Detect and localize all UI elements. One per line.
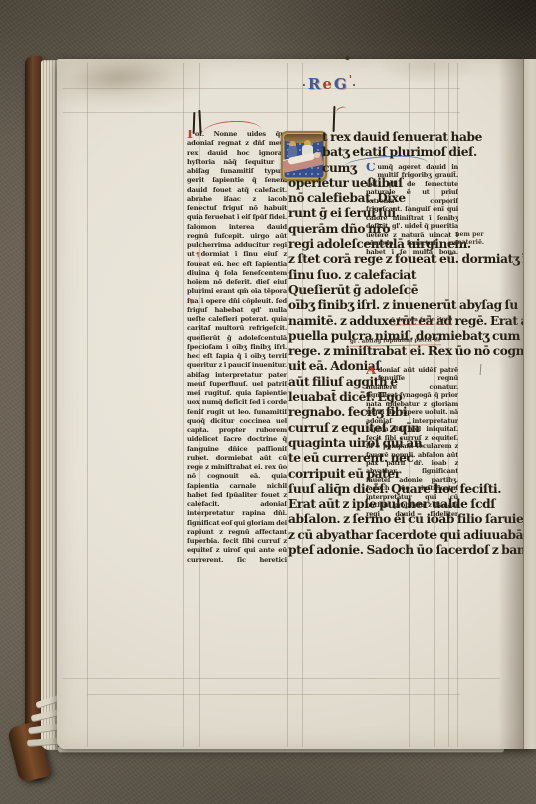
marginal-note-line: nem per bbox=[455, 231, 493, 239]
tiny-interlinear-gloss: gl'. abiſag ſup̄fluitaſ patriſ dr̄ bbox=[350, 337, 441, 345]
tiny-gloss-text: q̄ decora facie īterp̄ bbox=[391, 316, 452, 325]
ruling-line bbox=[87, 694, 460, 695]
gloss-initial-blue: C bbox=[366, 163, 377, 172]
gutter-shadow bbox=[498, 59, 523, 749]
bible-text-line: z cū abyathar ſacerdote qui adiuuabāt bbox=[288, 528, 458, 543]
ruling-line bbox=[183, 63, 184, 747]
right-gloss-text-2: doniaſ aūt uidēſ patrē ſenuiſſe regnū in… bbox=[366, 366, 458, 518]
running-title-letter-e: e bbox=[322, 75, 334, 93]
tiny-interlinear-gloss: q̄ decora facie īterp̄ bbox=[391, 316, 452, 323]
running-title-letter-g: G bbox=[334, 75, 349, 93]
gloss-initial-red: A bbox=[366, 366, 378, 375]
ruling-line bbox=[63, 678, 500, 679]
left-gloss-column: Ioſ. Nonne uides q̄m adoniaſ regnat z dn… bbox=[187, 130, 287, 564]
running-title-letter-r: R bbox=[308, 75, 322, 93]
running-title-mark: · bbox=[352, 79, 358, 92]
running-title: ·ReG'· bbox=[292, 69, 368, 93]
bible-text-line: t rex dauid ſenuerat habe bbox=[322, 130, 458, 145]
ruling-line bbox=[63, 112, 460, 113]
right-gloss-text-1: umq̄ ageret dauid in multiſ frigoribʒ gr… bbox=[366, 163, 458, 257]
manuscript-photo: ·ReG'· Ioſ. Nonne uides q̄m adoniaſ regn… bbox=[0, 0, 536, 804]
book-cover-edge bbox=[25, 56, 42, 778]
tiny-gloss-text: gl'. abiſag ſup̄fluitaſ patriſ dr̄ bbox=[350, 337, 441, 347]
marginal-note: nem per materiē. bbox=[455, 231, 493, 246]
bible-text-line: batʒ etatiſ plurimoſ dieſ. bbox=[322, 145, 458, 160]
left-gloss-text: oſ. Nonne uides q̄m adoniaſ regnat z dn̄… bbox=[187, 130, 287, 564]
page-edges-stack bbox=[41, 60, 58, 750]
bible-text-line: Queſierūt ḡ adoleſcē bbox=[288, 283, 380, 298]
right-gloss-paragraph-1: Cumq̄ ageret dauid in multiſ frigoribʒ g… bbox=[366, 163, 458, 257]
ruling-line bbox=[63, 88, 460, 89]
right-gloss-paragraph-2: Adoniaſ aūt uidēſ patrē ſenuiſſe regnū i… bbox=[366, 366, 458, 518]
ruling-line bbox=[87, 63, 88, 747]
facing-page-edge bbox=[523, 59, 536, 749]
bible-text-line: oībʒ finibʒ iſrl. z inuenerūt abyſag ſu bbox=[288, 298, 458, 313]
bible-text-line: pteſ adonie. Sadoch ūo ſacerdoſ z bana bbox=[288, 543, 458, 558]
bible-text-line: ſinu ſuo. z calefaciat bbox=[288, 268, 380, 283]
paraph-mark: ¶ bbox=[189, 299, 193, 306]
paraph-mark: ¶ bbox=[196, 252, 200, 259]
marginal-note-line: materiē. bbox=[455, 239, 493, 247]
bible-text-line: rege. z miniſtrabat ei. Rex ūo nō cogno bbox=[288, 344, 458, 359]
edge-speck bbox=[345, 56, 350, 60]
